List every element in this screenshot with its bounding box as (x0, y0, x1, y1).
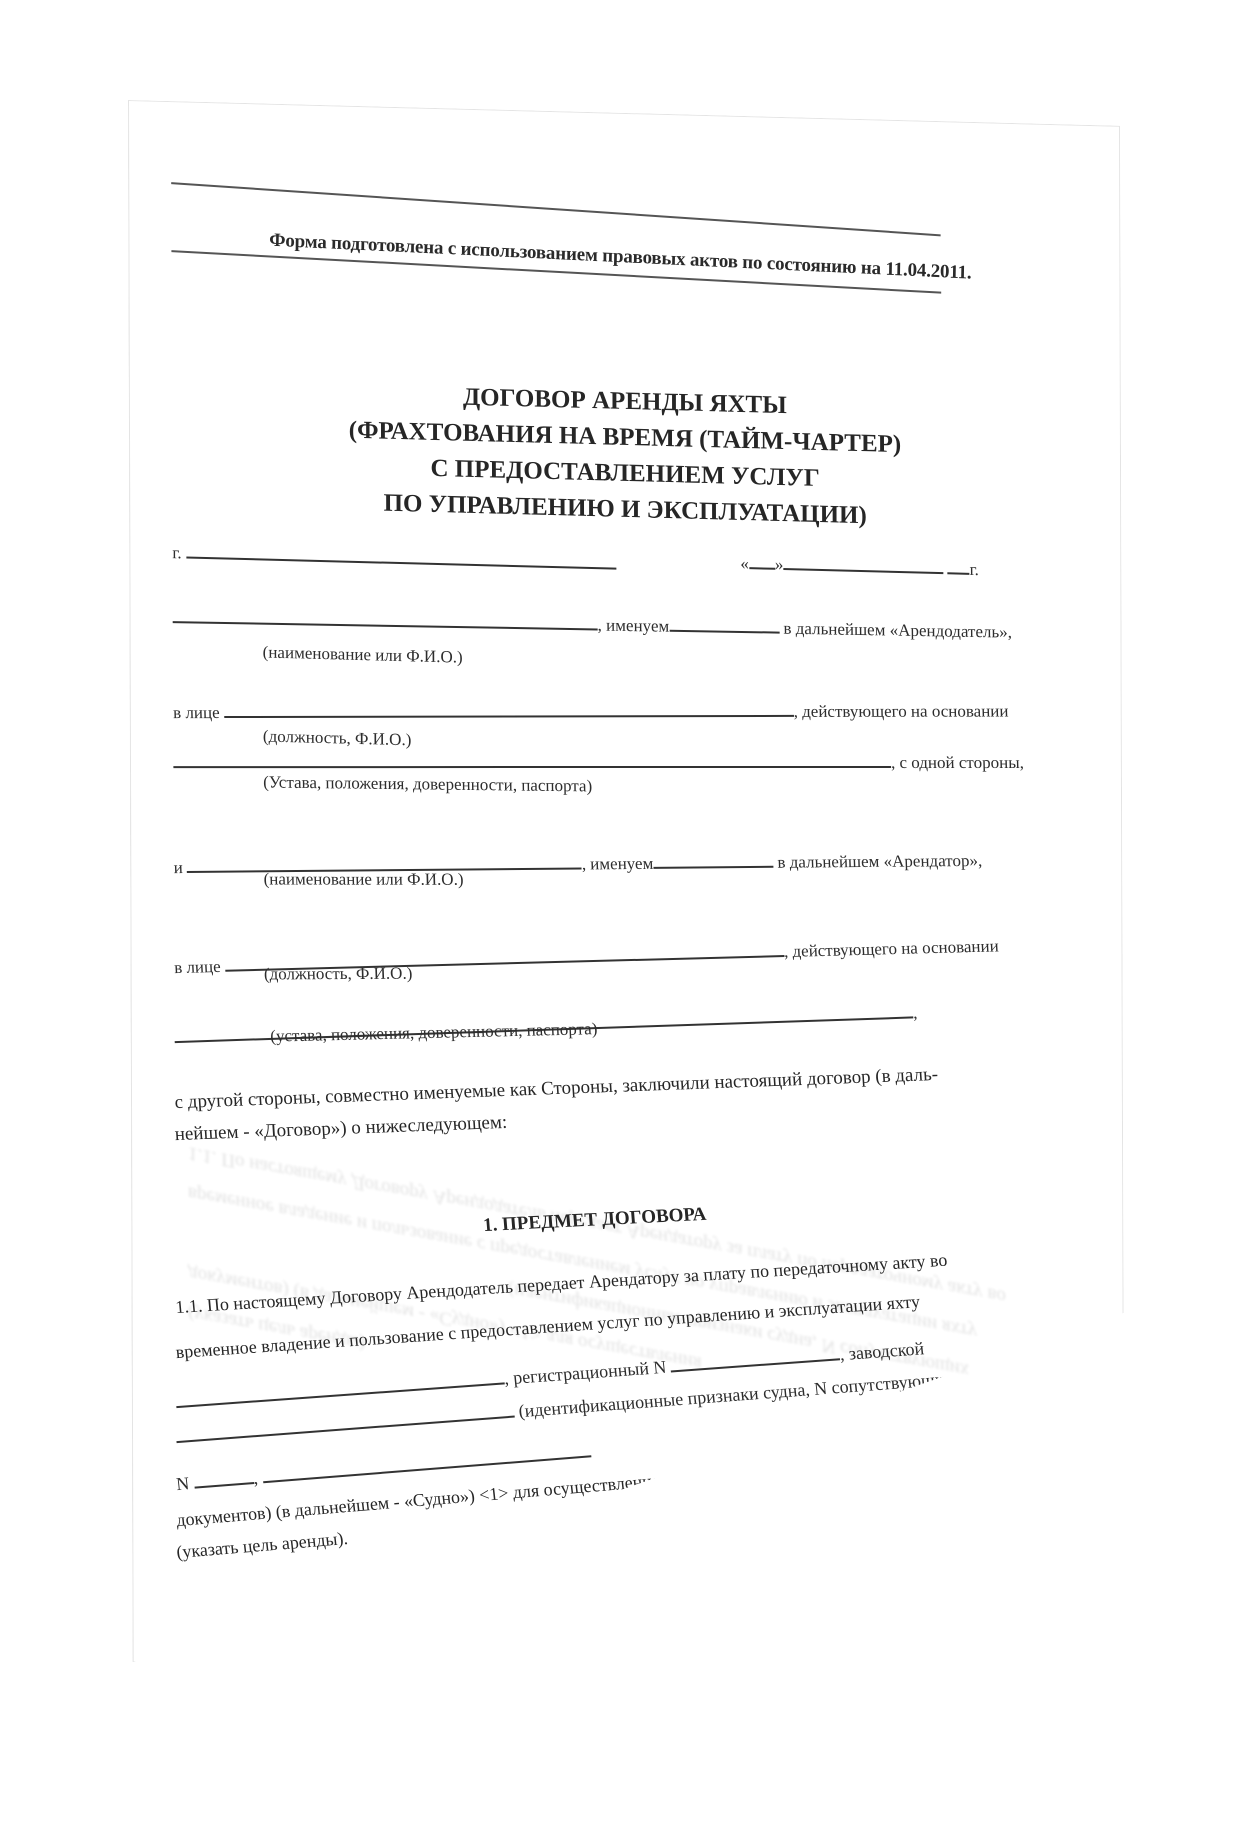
document-mockup: Форма подготовлена с использованием прав… (0, 0, 1250, 1823)
city-prefix: г. (172, 543, 181, 562)
lessor-name-caption: (наименование или Ф.И.О.) (263, 642, 463, 667)
lessee-name-caption: (наименование или Ф.И.О.) (263, 869, 463, 889)
city-field[interactable] (186, 542, 616, 569)
lessor-basis-caption: (Устава, положения, доверенности, паспор… (263, 772, 592, 796)
id-features-field[interactable] (261, 1441, 591, 1483)
lessor-basis-line: , с одной стороны, (173, 752, 1024, 773)
lessor-position-caption: (должность, Ф.И.О.) (263, 726, 412, 750)
lessor-name-field[interactable] (173, 607, 598, 630)
document-title: ДОГОВОР АРЕНДЫ ЯХТЫ (ФРАХТОВАНИЯ НА ВРЕМ… (130, 371, 1120, 541)
header-rule-top (171, 182, 940, 236)
city-line: г. (172, 542, 616, 575)
day-field[interactable] (749, 553, 775, 570)
year-field[interactable] (948, 558, 970, 575)
lessor-name-line: , именуем в дальнейшем «Арендодатель», (173, 607, 1013, 643)
doc-number-field[interactable] (193, 1468, 254, 1489)
lessor-person-line: в лице , действующего на основании (173, 701, 1009, 724)
lessor-named-field[interactable] (669, 616, 779, 634)
month-field[interactable] (783, 554, 943, 574)
lessee-position-caption: (должность, Ф.И.О.) (264, 964, 413, 985)
lessor-person-field[interactable] (224, 701, 794, 718)
date-line: «» г. (740, 553, 979, 580)
lessor-basis-field[interactable] (173, 752, 891, 768)
watermark: www.morkniga.ru (463, 1551, 600, 1572)
section-line: (указать цель аренды). (175, 1528, 349, 1563)
lessee-named-field[interactable] (653, 852, 774, 869)
